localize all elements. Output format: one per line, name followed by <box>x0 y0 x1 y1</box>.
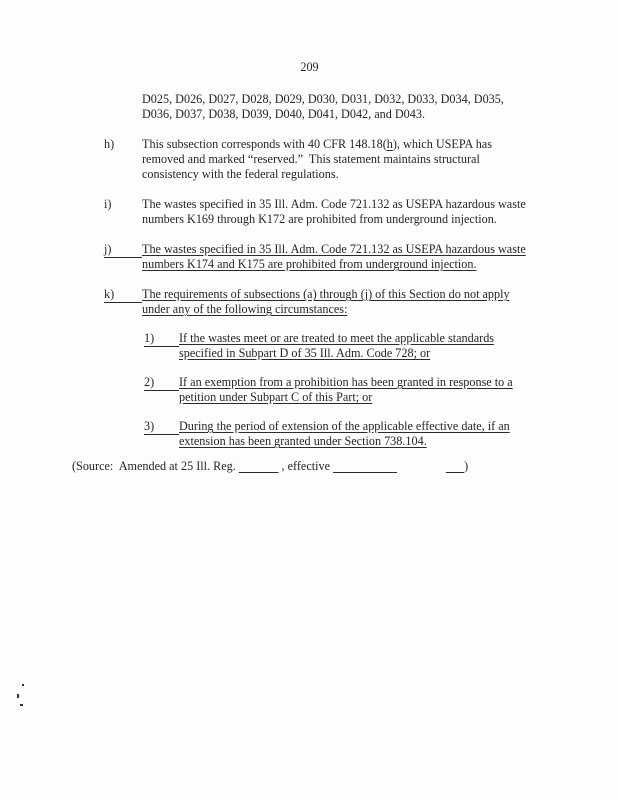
plain-text: This subsection corresponds with 40 CFR … <box>142 137 387 151</box>
section-h-text: This subsection corresponds with 40 CFR … <box>142 137 492 182</box>
scan-speck <box>22 684 24 686</box>
subsection-2: 2) If an exemption from a prohibition ha… <box>144 375 555 405</box>
underlined-text: If the wastes meet or are treated to mee… <box>179 331 494 360</box>
underlined-text: If an exemption from a prohibition has b… <box>179 375 513 404</box>
scan-speck <box>17 694 19 698</box>
section-h-label: h) <box>104 137 142 152</box>
underlined-text <box>333 459 397 473</box>
section-k: k) The requirements of subsections (a) t… <box>104 287 555 317</box>
section-j: j) The wastes specified in 35 Ill. Adm. … <box>104 242 555 272</box>
page-number: 209 <box>0 0 619 75</box>
underlined-text <box>239 459 279 473</box>
section-h: h) This subsection corresponds with 40 C… <box>104 137 555 182</box>
plain-text: , effective <box>278 459 333 473</box>
subsection-3-label: 3) <box>144 419 179 435</box>
plain-text: The wastes specified in 35 Ill. Adm. Cod… <box>142 197 526 226</box>
section-i-label: i) <box>104 197 142 212</box>
subsection-1-label: 1) <box>144 331 179 347</box>
section-k-text: The requirements of subsections (a) thro… <box>142 287 510 317</box>
underlined-text: The requirements of subsections (a) thro… <box>142 287 510 316</box>
section-k-label: k) <box>104 287 142 303</box>
subsection-1: 1) If the wastes meet or are treated to … <box>144 331 555 361</box>
plain-text <box>397 459 446 473</box>
source-line: (Source: Amended at 25 Ill. Reg. , effec… <box>72 459 619 474</box>
subsection-1-text: If the wastes meet or are treated to mee… <box>179 331 494 361</box>
scan-speck <box>20 704 23 706</box>
plain-text: (Source: Amended at 25 Ill. Reg. <box>72 459 239 473</box>
section-i-text: The wastes specified in 35 Ill. Adm. Cod… <box>142 197 526 227</box>
subsection-2-text: If an exemption from a prohibition has b… <box>179 375 513 405</box>
subsection-3-text: During the period of extension of the ap… <box>179 419 510 449</box>
section-i: i) The wastes specified in 35 Ill. Adm. … <box>104 197 555 227</box>
underlined-text: During the period of extension of the ap… <box>179 419 510 448</box>
section-j-text: The wastes specified in 35 Ill. Adm. Cod… <box>142 242 526 272</box>
underlined-text: The wastes specified in 35 Ill. Adm. Cod… <box>142 242 526 271</box>
plain-text: ) <box>464 459 468 473</box>
waste-code-list: D025, D026, D027, D028, D029, D030, D031… <box>142 92 559 122</box>
underlined-text <box>446 459 464 473</box>
subsection-2-label: 2) <box>144 375 179 391</box>
subsection-3: 3) During the period of extension of the… <box>144 419 555 449</box>
section-j-label: j) <box>104 242 142 258</box>
